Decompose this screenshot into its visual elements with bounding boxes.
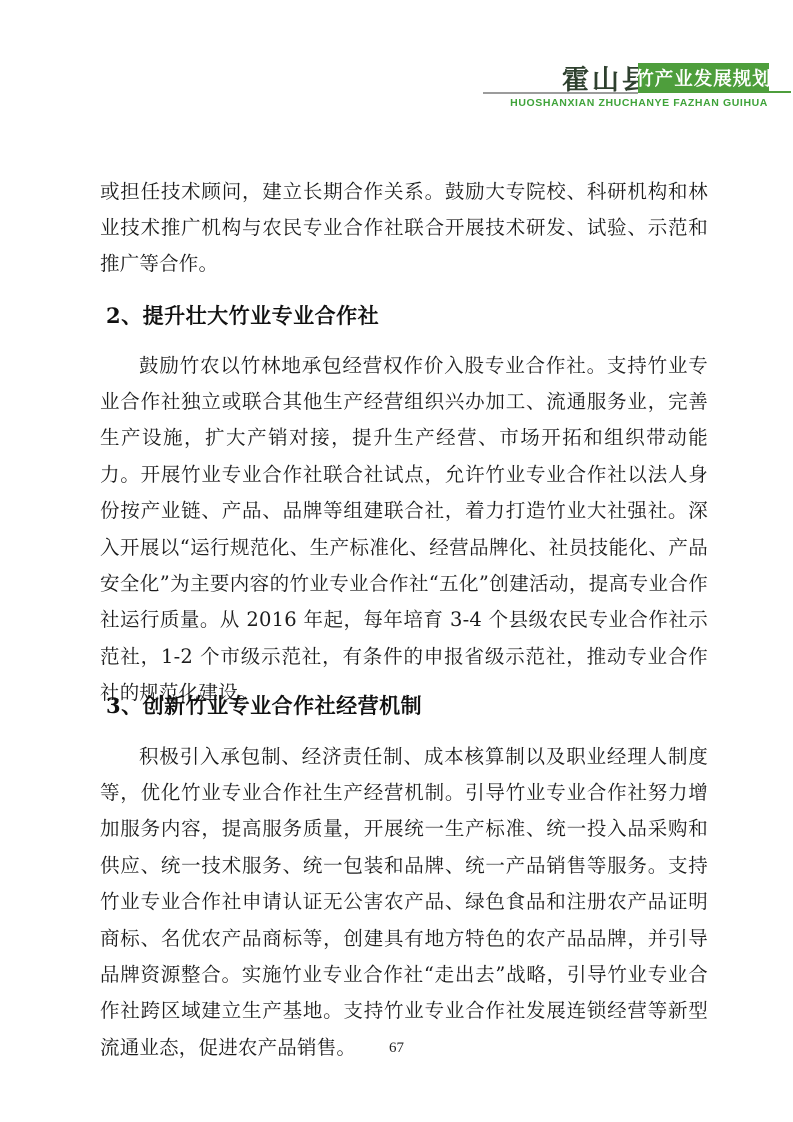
header-title-box: 竹产业发展规划 (638, 63, 769, 93)
header-title: 竹产业发展规划 (635, 65, 772, 91)
section-3-paragraph: 积极引入承包制、经济责任制、成本核算制以及职业经理人制度等，优化竹业专业合作社生… (100, 739, 708, 1067)
header-rule (483, 92, 638, 94)
section-2-heading: 2、提升壮大竹业专业合作社 (106, 301, 706, 331)
section-3-heading: 3、创新竹业专业合作社经营机制 (106, 691, 706, 721)
document-page: 霍山县 竹产业发展规划 HUOSHANXIAN ZHUCHANYE FAZHAN… (0, 0, 793, 1122)
paragraph-intro: 或担任技术顾问，建立长期合作关系。鼓励大专院校、科研机构和林业技术推广机构与农民… (100, 174, 708, 283)
header-rule-green (769, 91, 791, 93)
header-subtitle: HUOSHANXIAN ZHUCHANYE FAZHAN GUIHUA (510, 97, 768, 109)
page-number: 67 (0, 1040, 793, 1057)
section-2-paragraph: 鼓励竹农以竹林地承包经营权作价入股专业合作社。支持竹业专业合作社独立或联合其他生… (100, 348, 708, 712)
